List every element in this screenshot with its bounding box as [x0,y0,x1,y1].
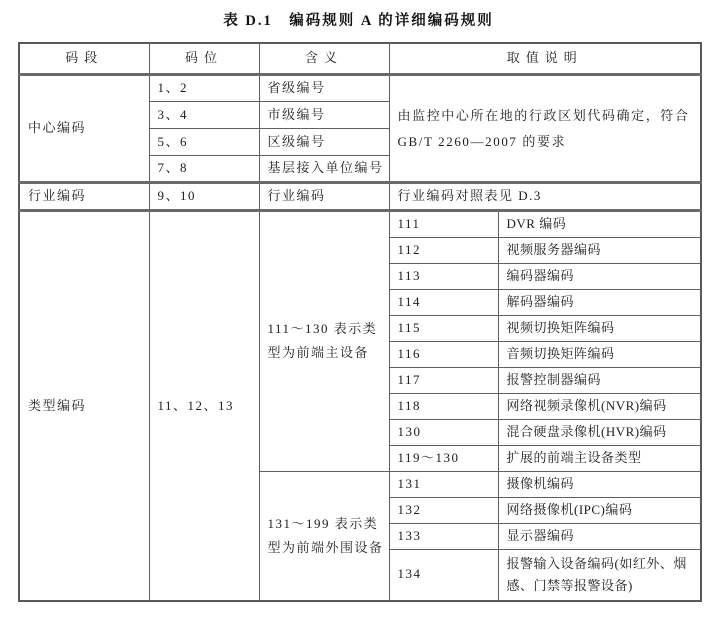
cell-center-pos-0: 1、2 [149,75,259,102]
cell-device-label-111: DVR 编码 [498,210,701,237]
cell-device-code-133: 133 [389,523,498,549]
cell-center-pos-1: 3、4 [149,102,259,129]
cell-type-group1-meaning: 111～130 表示类型为前端主设备 [259,210,389,471]
cell-device-label-119-130: 扩展的前端主设备类型 [498,445,701,471]
cell-center-pos-2: 5、6 [149,129,259,156]
cell-device-label-116: 音频切换矩阵编码 [498,341,701,367]
header-meaning: 含义 [259,43,389,75]
cell-device-code-112: 112 [389,237,498,263]
cell-device-code-117: 117 [389,367,498,393]
cell-device-code-132: 132 [389,497,498,523]
cell-device-code-111: 111 [389,210,498,237]
cell-center-value-desc: 由监控中心所在地的行政区划代码确定，符合 GB/T 2260—2007 的要求 [389,75,701,183]
cell-device-label-114: 解码器编码 [498,289,701,315]
cell-industry-meaning: 行业编码 [259,183,389,211]
cell-device-label-115: 视频切换矩阵编码 [498,315,701,341]
cell-device-code-113: 113 [389,263,498,289]
cell-device-label-117: 报警控制器编码 [498,367,701,393]
cell-center-meaning-2: 区级编号 [259,129,389,156]
cell-device-label-118: 网络视频录像机(NVR)编码 [498,393,701,419]
table-title: 表 D.1 编码规则 A 的详细编码规则 [0,9,717,30]
cell-device-code-131: 131 [389,471,498,497]
cell-device-code-130: 130 [389,419,498,445]
cell-type-group2-meaning: 131～199 表示类型为前端外围设备 [259,471,389,601]
cell-center-meaning-1: 市级编号 [259,102,389,129]
cell-device-code-115: 115 [389,315,498,341]
cell-industry-value-desc: 行业编码对照表见 D.3 [389,183,701,211]
table-row: 类型编码 11、12、13 111～130 表示类型为前端主设备 111 DVR… [19,210,701,237]
cell-industry-name: 行业编码 [19,183,149,211]
cell-device-label-112: 视频服务器编码 [498,237,701,263]
cell-device-code-118: 118 [389,393,498,419]
cell-type-pos: 11、12、13 [149,210,259,601]
cell-device-label-113: 编码器编码 [498,263,701,289]
coding-rules-table: 码段 码位 含义 取值说明 中心编码 1、2 省级编号 由监控中心所在地的行政区… [18,42,702,602]
cell-device-label-132: 网络摄像机(IPC)编码 [498,497,701,523]
cell-device-code-114: 114 [389,289,498,315]
cell-industry-pos: 9、10 [149,183,259,211]
cell-center-name: 中心编码 [19,75,149,183]
header-code-position: 码位 [149,43,259,75]
table-header: 码段 码位 含义 取值说明 [19,43,701,75]
cell-center-pos-3: 7、8 [149,156,259,183]
cell-device-label-131: 摄像机编码 [498,471,701,497]
document-page: 表 D.1 编码规则 A 的详细编码规则 码段 码位 含义 取值说明 中心编码 … [0,0,717,618]
cell-device-label-134: 报警输入设备编码(如红外、烟感、门禁等报警设备) [498,549,701,601]
cell-device-label-130: 混合硬盘录像机(HVR)编码 [498,419,701,445]
header-value-description: 取值说明 [389,43,701,75]
cell-type-name: 类型编码 [19,210,149,601]
cell-center-meaning-0: 省级编号 [259,75,389,102]
cell-center-meaning-3: 基层接入单位编号 [259,156,389,183]
header-code-segment: 码段 [19,43,149,75]
table-row: 中心编码 1、2 省级编号 由监控中心所在地的行政区划代码确定，符合 GB/T … [19,75,701,102]
cell-device-code-134: 134 [389,549,498,601]
cell-device-code-116: 116 [389,341,498,367]
cell-device-code-119-130: 119～130 [389,445,498,471]
cell-device-label-133: 显示器编码 [498,523,701,549]
table-row: 行业编码 9、10 行业编码 行业编码对照表见 D.3 [19,183,701,211]
